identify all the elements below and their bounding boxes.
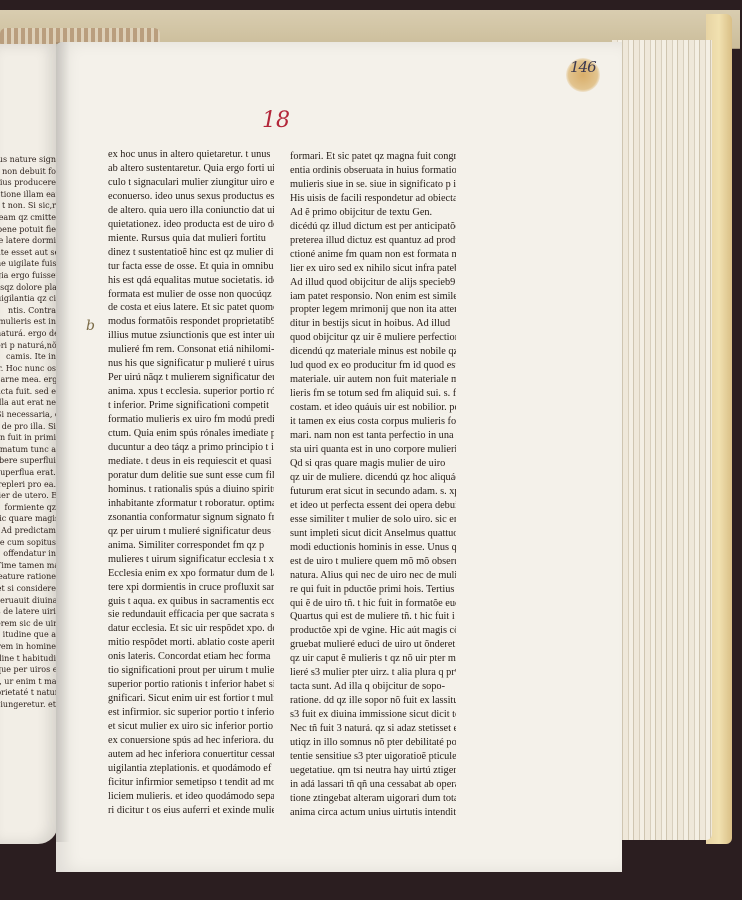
left-page-line: e cum sopitus bbox=[0, 537, 56, 549]
text-line: utiqz in illo somnus nõ pter debilitaté … bbox=[290, 736, 456, 750]
left-page-line: bene potuit fie bbox=[0, 224, 56, 236]
left-page-line: non debuit fo bbox=[0, 166, 56, 178]
text-line: anima. xpus t ecclesia. superior portio … bbox=[108, 385, 274, 399]
text-line: ex conuersione spús ad hec inferiora. du… bbox=[108, 734, 274, 748]
left-page-line: t non. Si sic,r bbox=[0, 200, 56, 212]
text-line: entia ordinis obseruata in huius formati… bbox=[290, 164, 456, 178]
left-page-line: carne mea. ergo bbox=[0, 374, 56, 386]
left-page-line: dine t habitudi bbox=[0, 653, 56, 665]
text-line: sunt impleti sicut dicit Anselmus quattu… bbox=[290, 527, 456, 541]
left-page-line: eature ratione bbox=[0, 571, 56, 583]
text-line: anima circa actum unius uirtutis intendi… bbox=[290, 806, 456, 820]
text-line: productõe xpi de vgine. Hic aút magis cõ bbox=[290, 624, 456, 638]
text-line: tione ztingebat alteram uigorari dum tot… bbox=[290, 792, 456, 806]
left-page-line: seruauit diuina bbox=[0, 595, 56, 607]
left-page-line: ntis. Contra bbox=[0, 305, 56, 317]
left-page-line: n fuit in primi bbox=[0, 432, 56, 444]
text-line: est infirmior. sic superior portio t inf… bbox=[108, 706, 274, 720]
page-fore-edge-stack bbox=[612, 40, 712, 840]
left-page-line: eam qz cmitte bbox=[0, 212, 56, 224]
left-page-line: ate esset aut sep bbox=[0, 247, 56, 259]
text-line: est de uiro t muliere quem mõ mõ obserua… bbox=[290, 555, 456, 569]
text-line: liciem mulieris. et ideo quodámodo separ… bbox=[108, 790, 274, 804]
text-line: et sicut mulier ex uiro sic inferior por… bbox=[108, 720, 274, 734]
text-line: superior portio rationis t inferior habe… bbox=[108, 678, 274, 692]
text-line: econuerso. ideo unus sexus productus est bbox=[108, 190, 274, 204]
text-line: hominus. t rationalis spús a diuino spir… bbox=[108, 483, 274, 497]
left-page-line: t, ur enim t ma bbox=[0, 676, 56, 688]
left-page-line: repleri pro ea. bbox=[0, 479, 56, 491]
text-line: mitio respõdet morti. ablatio coste aper… bbox=[108, 636, 274, 650]
text-line: miente. Rursus quia dat mulieri fortitu bbox=[108, 232, 274, 246]
signature-mark: 18 bbox=[262, 108, 290, 133]
text-line: gnificari. Sicut enim uir est fortior t … bbox=[108, 692, 274, 706]
text-line: ficitur infirmior semetipso t tendit ad … bbox=[108, 776, 274, 790]
left-page-line: Ad predictam bbox=[0, 525, 56, 537]
text-line: qui ẽ de uiro tñ. t hic fuit in formatõe… bbox=[290, 597, 456, 611]
text-line: qz uir de muliere. dicendú qz hoc aliquá… bbox=[290, 471, 456, 485]
text-line: ditur in bestijs sicut in hoibus. Ad ill… bbox=[290, 317, 456, 331]
text-line: anima. Similiter correspondet fm qz p bbox=[108, 539, 274, 553]
text-line: it tamen ex eius costa corpus mulieris f… bbox=[290, 415, 456, 429]
left-page-line: bere superflui bbox=[0, 455, 56, 467]
left-page-line: offendatur in bbox=[0, 548, 56, 560]
left-page-line: lier de utero. Et bbox=[0, 490, 56, 502]
left-page-line: r. Hoc nunc os bbox=[0, 363, 56, 375]
text-line: ri dicitur t os eius auferri et exinde m… bbox=[108, 804, 274, 818]
text-line: ctioné anime fm quam non est formata mu bbox=[290, 248, 456, 262]
text-line: qz uir caput ẽ mulieris t qz nõ uir pter… bbox=[290, 652, 456, 666]
text-line: formatio mulieris ex uiro fm modú predi- bbox=[108, 413, 274, 427]
gutter-shadow bbox=[56, 42, 70, 842]
left-page-line: naturá. ergo de bbox=[0, 328, 56, 340]
left-page-line: et si considere bbox=[0, 583, 56, 595]
left-page-line: s de latere uiri bbox=[0, 606, 56, 618]
text-line: s3 fuit ex diuina immissione sicut dicit… bbox=[290, 708, 456, 722]
left-page-line: prietaté t natur bbox=[0, 687, 56, 699]
text-line: His uisis de facili respondetur ad obiec… bbox=[290, 192, 456, 206]
text-line: Ad ẽ primo obijcitur de textu Gen. bbox=[290, 206, 456, 220]
text-line: sie redundauit efficacia per que sacrata… bbox=[108, 608, 274, 622]
text-line: sta uiri quanta est in uno corpore mulie… bbox=[290, 443, 456, 457]
text-line: tentie sensitiue s3 pter uigoratioẽ ptic… bbox=[290, 750, 456, 764]
text-line: t inferior. Prime significationi competi… bbox=[108, 399, 274, 413]
left-page-line: uigilantia qz ci bbox=[0, 293, 56, 305]
text-line: de altero. quia uero illa coniunctio dat… bbox=[108, 204, 274, 218]
text-line: uegetatiue. qm tsi neutra hay uirtú ztig… bbox=[290, 764, 456, 778]
text-line: ex hoc unus in altero quietaretur. t unu… bbox=[108, 148, 274, 162]
text-line: mari. nam non est tanta perfectio in una… bbox=[290, 429, 456, 443]
text-line: tere xpi dormientis in cruce profluxit s… bbox=[108, 581, 274, 595]
text-line: Ad illud quod obijcitur de alijs specieb… bbox=[290, 276, 456, 290]
text-line: gruebat mulieré educi de uiro ut õnderet bbox=[290, 638, 456, 652]
text-line: quod obijcitur qz uir ẽ muliere perfecti… bbox=[290, 331, 456, 345]
text-line: esse similiter t mulier de solo uiro. si… bbox=[290, 513, 456, 527]
text-line: onis lateris. Concordat etiam hec forma bbox=[108, 650, 274, 664]
text-line: costam. et ideo quáuis uir est nobilior.… bbox=[290, 401, 456, 415]
text-line: zsonantia conformatur signum signato fm bbox=[108, 511, 274, 525]
text-column-left: ex hoc unus in altero quietaretur. t unu… bbox=[108, 148, 274, 818]
left-page-line: Si necessaria, e bbox=[0, 409, 56, 421]
text-line: ab altero sustentaretur. Quia ergo forti… bbox=[108, 162, 274, 176]
text-line: Ecclesia enim ex xpo formatur dum de la bbox=[108, 567, 274, 581]
text-line: modus formatõis respondet proprietatib9 bbox=[108, 315, 274, 329]
text-line: lieré s3 mulier pter uirz. t alia plura … bbox=[290, 666, 456, 680]
text-line: iam patet responsio. Non enim est simile bbox=[290, 290, 456, 304]
left-page-line: superflua erat. et bbox=[0, 467, 56, 479]
left-page-line: formiente qz bbox=[0, 502, 56, 514]
text-line: tur facta esse de osse. Et quia in omnib… bbox=[108, 260, 274, 274]
text-line: ratione. dd qz ille sopor nõ fuit ex las… bbox=[290, 694, 456, 708]
text-line: illius mutue zsiunctionis que est inter … bbox=[108, 329, 274, 343]
text-line: Quartus qui est de muliere tñ. t hic fui… bbox=[290, 610, 456, 624]
left-page-line: rmatum tunc ad bbox=[0, 444, 56, 456]
folio-number: 146 bbox=[570, 58, 596, 76]
text-column-right: formari. Et sic patet qz magna fuit cong… bbox=[290, 150, 456, 820]
text-line: preterea illud dictuz est quantuz ad pro… bbox=[290, 234, 456, 248]
text-line: materiale. uir autem non fuit materiale … bbox=[290, 373, 456, 387]
left-page-line: Time tamen ma bbox=[0, 560, 56, 572]
text-line: Nec tñ fuit 3 naturá. qz si adaz stetiss… bbox=[290, 722, 456, 736]
text-line: culo t signaculari mulier ziungitur uiro… bbox=[108, 176, 274, 190]
text-line: Per uirú nãqz t mulierem significatur de… bbox=[108, 371, 274, 385]
text-line: his est qdá equalitas mutue societatis. … bbox=[108, 274, 274, 288]
text-line: ducuntur a deo táqz a primo principio t … bbox=[108, 441, 274, 455]
left-page-line: camis. Ite in bbox=[0, 351, 56, 363]
left-page-line: acta fuit. sed et bbox=[0, 386, 56, 398]
text-line: datur ecclesia. Et sic uir respõdet xpo.… bbox=[108, 622, 274, 636]
left-page-line: erem sic de uiro bbox=[0, 618, 56, 630]
text-line: formari. Et sic patet qz magna fuit cong… bbox=[290, 150, 456, 164]
text-line: lud quod ex eo producitur fm id quod est bbox=[290, 359, 456, 373]
left-page-line: ssqz dolore pla bbox=[0, 282, 56, 294]
text-line: in adá lassari tñ qñ una cessabat ab ope… bbox=[290, 778, 456, 792]
text-line: propter legem mrimonij que non ita atten bbox=[290, 303, 456, 317]
left-page-line: itudine que a bbox=[0, 629, 56, 641]
text-line: ctum. Quia enim spús rónales imediate p bbox=[108, 427, 274, 441]
left-page-line: tic quare magis bbox=[0, 513, 56, 525]
left-page-line: rem in homine bbox=[0, 641, 56, 653]
left-page-verso: us nature signnon debuit foius producere… bbox=[0, 44, 58, 844]
left-page-line: ctione illam eat bbox=[0, 189, 56, 201]
left-page-line: gia ergo fuisset bbox=[0, 270, 56, 282]
left-page-line: ne uigilate fuis bbox=[0, 258, 56, 270]
text-line: mulieres t uirum significatur ecclesia t… bbox=[108, 553, 274, 567]
text-line: mediate. t deus in eis requiescit et qua… bbox=[108, 455, 274, 469]
text-line: formata est mulier de osse non quocúqz s… bbox=[108, 288, 274, 302]
marginal-annotation: b bbox=[86, 318, 95, 334]
left-page-line: siungeretur. et bbox=[0, 699, 56, 711]
text-line: dicendú qz materiale minus est nobile qz… bbox=[290, 345, 456, 359]
text-line: uigilantia zteplationis. et quodámodo ef bbox=[108, 762, 274, 776]
text-line: guis t aqua. ex quibus in sacramentis ec… bbox=[108, 595, 274, 609]
text-line: mulieris siue in se. siue in significato… bbox=[290, 178, 456, 192]
text-line: lier ex uiro sed ex nihilo sicut infra p… bbox=[290, 262, 456, 276]
text-line: lieris fm se totum sed fm aliquid sui. s… bbox=[290, 387, 456, 401]
left-page-line: e latere dormi bbox=[0, 235, 56, 247]
text-line: quietationez. ideo producta est de uiro … bbox=[108, 218, 274, 232]
text-line: Qd si qras quare magis mulier de uiro bbox=[290, 457, 456, 471]
text-line: poratur dum delitie sue sunt esse cum fi… bbox=[108, 469, 274, 483]
text-line: nus his que significatur p mulieré t uir… bbox=[108, 357, 274, 371]
left-page-line: mulieris est in bbox=[0, 316, 56, 328]
left-page-text-fragment: us nature signnon debuit foius producere… bbox=[0, 154, 56, 711]
text-line: modi eductionis hominis in esse. Unus qu… bbox=[290, 541, 456, 555]
text-line: re qui fuit in pductõe primi hois. Terti… bbox=[290, 583, 456, 597]
text-line: dinez t sustentatioẽ hinc est qz mulier … bbox=[108, 246, 274, 260]
left-page-line: ius producere bbox=[0, 177, 56, 189]
text-line: tio significationi prout per uirum t mul… bbox=[108, 664, 274, 678]
left-page-line: eri p naturá,nõ bbox=[0, 340, 56, 352]
text-line: et ideo ut perfecta essent dei opera deb… bbox=[290, 499, 456, 513]
text-line: natura. Alius qui nec de uiro nec de mul… bbox=[290, 569, 456, 583]
left-page-line: de pro illa. Si bbox=[0, 421, 56, 433]
text-line: inhabitante zformatur t roboratur. optim… bbox=[108, 497, 274, 511]
left-page-line: illa aut erat ne bbox=[0, 397, 56, 409]
text-line: futurum erat sicut in secundo adam. s. x… bbox=[290, 485, 456, 499]
left-page-line: us nature sign bbox=[0, 154, 56, 166]
text-line: autem ad hec inferiora conuertitur cessa… bbox=[108, 748, 274, 762]
left-page-line: que per uiros e bbox=[0, 664, 56, 676]
text-line: qz per uirum t mulieré significatur deus… bbox=[108, 525, 274, 539]
text-line: de costa et eius latere. Et sic patet qu… bbox=[108, 301, 274, 315]
text-line: tacta sunt. Ad illa q obijcitur de sopo- bbox=[290, 680, 456, 694]
text-line: mulieré fm rem. Consonat etiá nihilomi- bbox=[108, 343, 274, 357]
text-line: dicédú qz illud dictum est per anticipat… bbox=[290, 220, 456, 234]
